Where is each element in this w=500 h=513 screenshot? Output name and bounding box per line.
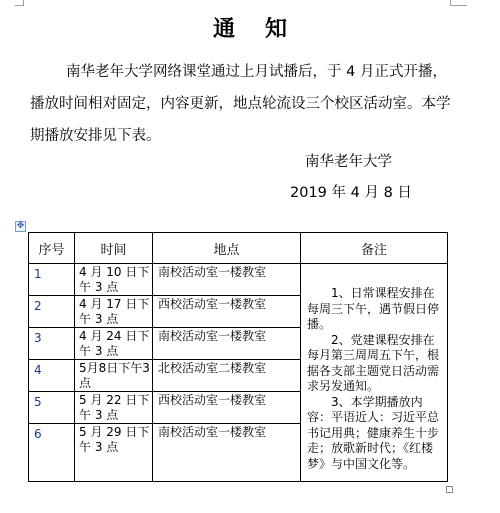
notice-paragraph: 南华老年大学网络课堂通过上月试播后，于 4 月正式开播，播放时间相对固定，内容更… (30, 56, 460, 152)
row-no: 2 (29, 296, 75, 328)
row-location: 西校活动室一楼教室 (153, 392, 301, 424)
row-time: 4 月 17 日下午 3 点 (75, 296, 153, 328)
row-time: 5月8日下午3点 (75, 360, 153, 392)
row-time: 4 月 24 日下午 3 点 (75, 328, 153, 360)
row-no: 1 (29, 264, 75, 296)
page-corner-mark-right (450, 0, 467, 6)
row-location: 西校活动室一楼教室 (153, 296, 301, 328)
note-item: 3、本学期播放内容：平语近人：习近平总书记用典；健康养生十步走；放歌新时代；《红… (307, 395, 443, 473)
row-location: 南校活动室一楼教室 (153, 328, 301, 360)
row-no: 6 (29, 424, 75, 482)
header-no: 序号 (29, 233, 75, 264)
row-no: 5 (29, 392, 75, 424)
row-time: 4 月 10 日下午 3 点 (75, 264, 153, 296)
notice-date: 2019 年 4 月 8 日 (290, 181, 412, 202)
schedule-table: 序号 时间 地点 备注 1 4 月 10 日下午 3 点 南校活动室一楼教室 1… (28, 232, 448, 482)
row-location: 南校活动室一楼教室 (153, 424, 301, 482)
table-header-row: 序号 时间 地点 备注 (29, 233, 448, 264)
header-notes: 备注 (301, 233, 448, 264)
row-location: 北校活动室二楼教室 (153, 360, 301, 392)
table-row: 1 4 月 10 日下午 3 点 南校活动室一楼教室 1、日常课程安排在每周三下… (29, 264, 448, 296)
document-title: 通知 (0, 12, 500, 43)
table-move-handle-icon[interactable]: ✥ (15, 221, 26, 232)
row-time: 5 月 29 日下午 3 点 (75, 424, 153, 482)
row-no: 4 (29, 360, 75, 392)
note-item: 1、日常课程安排在每周三下午，遇节假日停播。 (307, 286, 443, 333)
header-location: 地点 (153, 233, 301, 264)
signature: 南华老年大学 (305, 150, 392, 171)
row-time: 5 月 22 日下午 3 点 (75, 392, 153, 424)
page-corner-mark-left (15, 0, 24, 6)
header-time: 时间 (75, 233, 153, 264)
table-resize-handle[interactable] (446, 486, 453, 493)
notes-cell: 1、日常课程安排在每周三下午，遇节假日停播。 2、党建课程安排在每月第三周周五下… (301, 264, 448, 482)
note-item: 2、党建课程安排在每月第三周周五下午，根据各支部主题党日活动需求另发通知。 (307, 333, 443, 395)
row-location: 南校活动室一楼教室 (153, 264, 301, 296)
row-no: 3 (29, 328, 75, 360)
